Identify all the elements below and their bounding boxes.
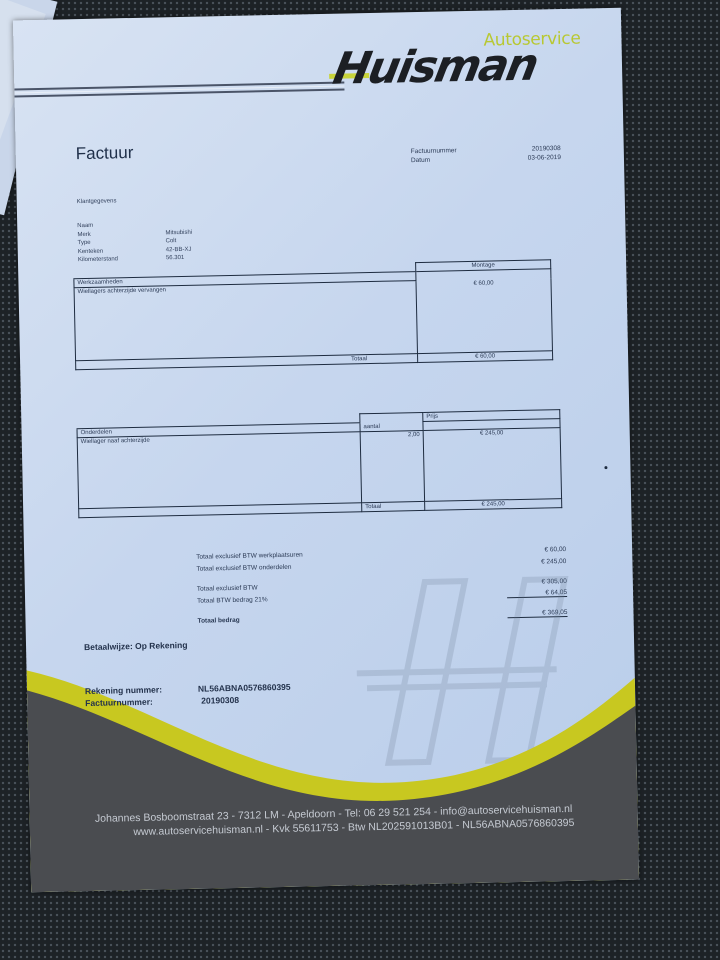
customer-heading: Klantgegevens bbox=[77, 198, 117, 205]
labor-montage-value: € 60,00 bbox=[416, 269, 553, 354]
labor-description: Wiellagers achterzijde vervangen bbox=[74, 281, 417, 361]
document-title: Factuur bbox=[76, 143, 134, 164]
labor-table: Montage Werkzaamheden € 60,00 Wiellagers… bbox=[73, 259, 553, 370]
customer-field: Kilometerstand56.301 bbox=[78, 254, 193, 265]
payment-details: Rekening nummer:NL56ABNA0576860395 Factu… bbox=[85, 681, 291, 709]
col-qty: aantal bbox=[360, 412, 423, 431]
invoice-meta: Factuurnummer 20190308 Datum 03-06-2019 bbox=[411, 144, 561, 165]
paper-mark bbox=[604, 466, 607, 469]
header-stripes bbox=[14, 82, 344, 99]
logo-wordmark: Huisman bbox=[329, 39, 541, 94]
labor-total-value: € 60,00 bbox=[418, 351, 553, 363]
part-description: Wiellager naaf achterzijde bbox=[77, 432, 361, 509]
table-row: Wiellager naaf achterzijde 2,00 € 245,00 bbox=[77, 428, 561, 509]
parts-table: aantal Prijs Onderdelen Wiellager naaf a… bbox=[76, 409, 562, 518]
invoice-number-label: Factuurnummer bbox=[411, 146, 457, 156]
invoice-date-value: 03-06-2019 bbox=[528, 153, 561, 163]
customer-details: Naam MerkMitsubishi TypeColt Kenteken42-… bbox=[77, 220, 193, 265]
part-price: € 245,00 bbox=[423, 428, 561, 502]
part-qty: 2,00 bbox=[360, 430, 424, 502]
parts-total-value: € 245,00 bbox=[425, 499, 562, 511]
footer-wave bbox=[26, 628, 639, 893]
invoice-document: Autoservice Huisman Factuur Factuurnumme… bbox=[13, 8, 639, 893]
parts-total-label: Totaal bbox=[362, 501, 425, 511]
invoice-date-label: Datum bbox=[411, 156, 430, 165]
